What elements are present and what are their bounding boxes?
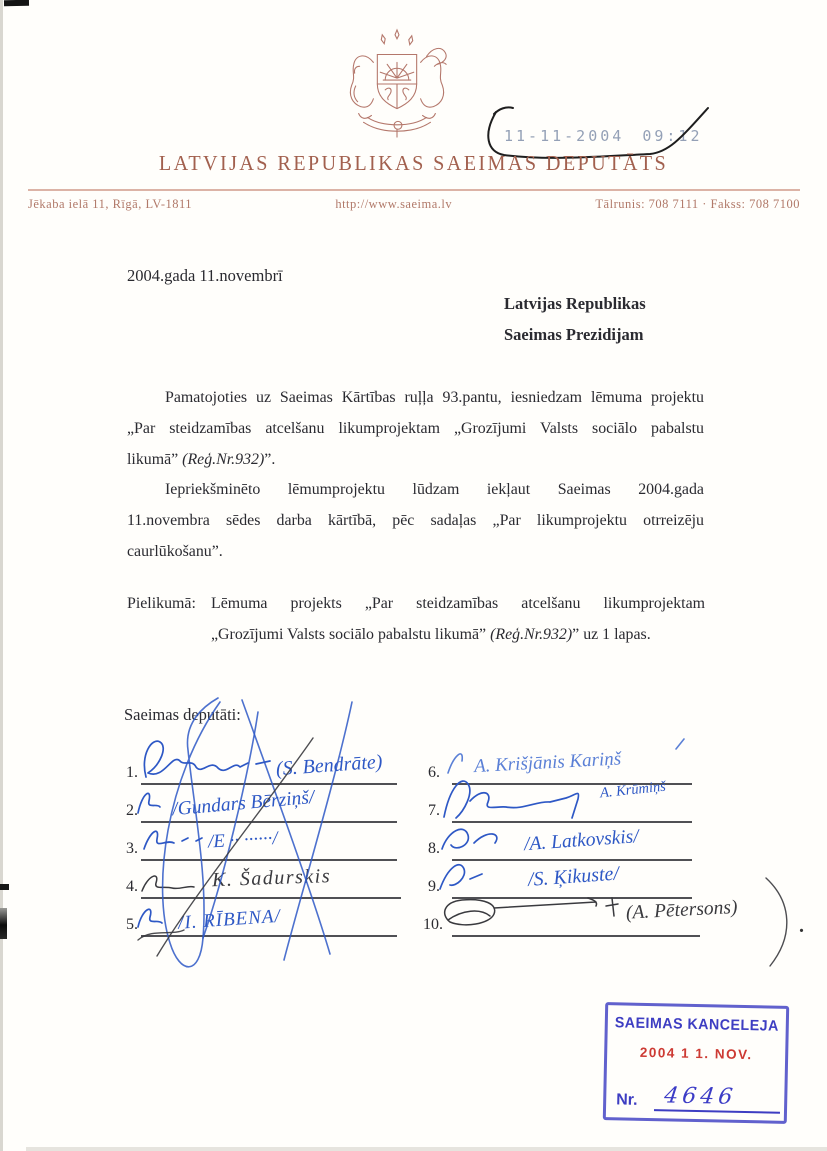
letterhead-website: http://www.saeima.lv: [335, 197, 452, 212]
letterhead-contact-row: Jēkaba ielā 11, Rīgā, LV-1811 http://www…: [28, 197, 800, 212]
svg-text:/I. RĪBENA/: /I. RĪBENA/: [176, 906, 282, 934]
svg-text:(A. Pētersons): (A. Pētersons): [625, 897, 738, 924]
scanned-letter-page: 11-11-2004 09:12 LATVIJAS REPUBLIKAS SAE…: [0, 0, 827, 1151]
p1-line1: Pamatojoties uz Saeimas Kārtības ruļļa 9…: [127, 383, 704, 414]
letterhead-phone-fax: Tālrunis: 708 7111 · Fakss: 708 7100: [595, 197, 800, 212]
svg-text:A. Krūmiņš: A. Krūmiņš: [598, 778, 668, 801]
p2-line2: 11.novembra sēdes darba kārtībā, pēc sad…: [127, 506, 704, 537]
addressee-line2: Saeimas Prezidijam: [504, 319, 646, 350]
attachment-label: Pielikumā:: [127, 588, 211, 650]
p2-line3: caurlūkošanu”.: [127, 537, 704, 568]
attachment-text: Lēmuma projekts „Par steidzamības atcelš…: [211, 588, 705, 650]
signature-10-period: .: [799, 915, 804, 938]
registry-stamp-nr-value: 4646: [663, 1083, 738, 1109]
scan-artifact-blob: [0, 908, 7, 939]
signature-5: /I. RĪBENA/: [130, 885, 420, 939]
p1-line3-post: ”.: [264, 451, 275, 468]
p2-line1: Iepriekšminēto lēmumprojektu lūdzam iekļ…: [127, 475, 704, 506]
scan-artifact-topleft: [4, 0, 29, 6]
attachment-block: Pielikumā: Lēmuma projekts „Par steidzam…: [127, 588, 705, 650]
paragraph-1: Pamatojoties uz Saeimas Kārtības ruļļa 9…: [127, 383, 704, 475]
p1-line3-pre: likumā”: [127, 451, 182, 468]
p1-line3: likumā” (Reģ.Nr.932)”.: [127, 445, 704, 476]
registry-stamp-nr-line: [654, 1109, 780, 1114]
scan-artifact-dash: [0, 884, 9, 890]
letter-addressee: Latvijas Republikas Saeimas Prezidijam: [504, 288, 646, 350]
registry-stamp: SAEIMAS KANCELEJA 2004 1 1. NOV. Nr. 464…: [603, 1002, 789, 1124]
attachment-line2-pre: „Grozījumi Valsts sociālo pabalstu likum…: [211, 626, 490, 643]
paragraph-2: Iepriekšminēto lēmumprojektu lūdzam iekļ…: [127, 475, 704, 567]
letterhead-title: LATVIJAS REPUBLIKAS SAEIMAS DEPUTĀTS: [17, 151, 811, 176]
attachment-line2: „Grozījumi Valsts sociālo pabalstu likum…: [211, 619, 705, 650]
registry-stamp-date: 2004 1 1. NOV.: [607, 1044, 785, 1063]
registry-stamp-org: SAEIMAS KANCELEJA: [612, 1014, 781, 1035]
letterhead-rule: [28, 189, 800, 191]
attachment-line2-post: ” uz 1 lapas.: [572, 626, 651, 643]
registry-stamp-nr-label: Nr.: [616, 1091, 638, 1109]
letter-date: 2004.gada 11.novembrī: [127, 266, 283, 286]
attachment-line1: Lēmuma projekts „Par steidzamības atcelš…: [211, 588, 705, 619]
attachment-reg-nr: (Reģ.Nr.932): [490, 626, 572, 643]
p1-line2: „Par steidzamības atcelšanu likumprojekt…: [127, 414, 704, 445]
scan-edge-left: [0, 0, 3, 1151]
addressee-line1: Latvijas Republikas: [504, 288, 646, 319]
letterhead-address: Jēkaba ielā 11, Rīgā, LV-1811: [28, 197, 192, 212]
latvia-coat-of-arms-icon: [338, 26, 456, 142]
scan-edge-bottom: [26, 1147, 827, 1151]
signature-10: (A. Pētersons): [428, 876, 738, 938]
p1-line3-reg-nr: (Reģ.Nr.932): [182, 451, 264, 468]
signatories-label: Saeimas deputāti:: [124, 705, 241, 725]
